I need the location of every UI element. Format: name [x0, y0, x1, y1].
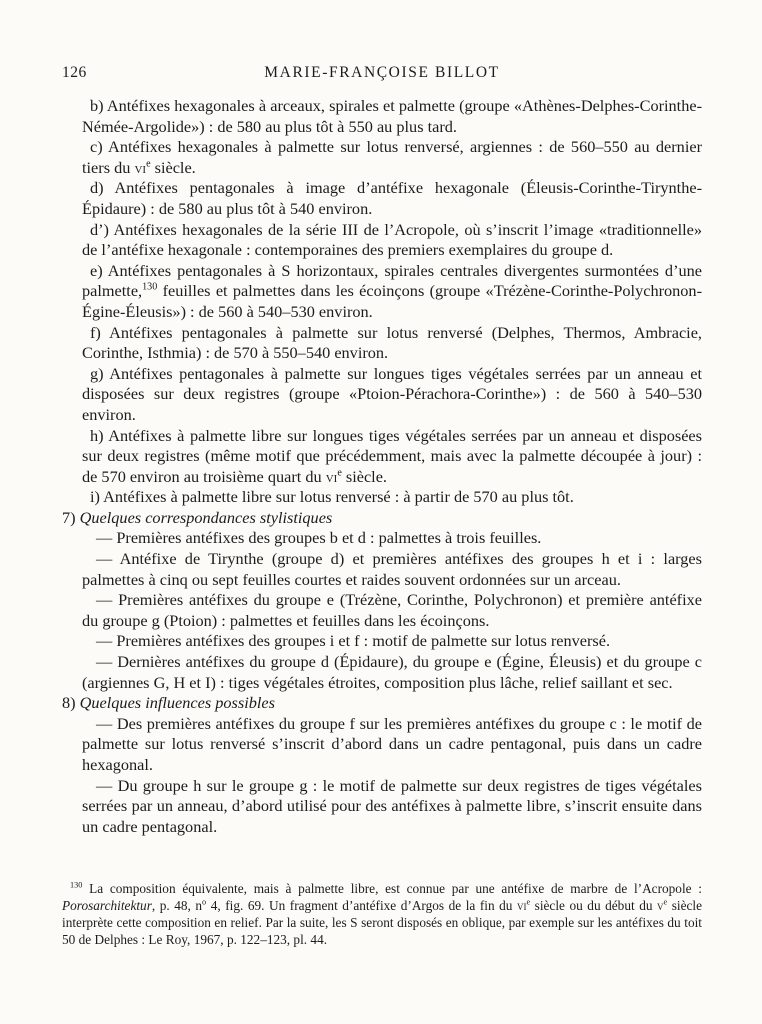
- text-segment: g) Antéfixes pentagonales à palmette sur…: [82, 364, 702, 424]
- text-segment: h) Antéfixes à palmette libre sur longue…: [82, 426, 702, 486]
- text-segment-i: Porosarchitektur: [62, 898, 152, 913]
- text-segment-sup: 130: [142, 282, 157, 293]
- text-segment: La composition équivalente, mais à palme…: [82, 881, 702, 896]
- paragraph-dash-1: — Premières antéfixes des groupes b et d…: [82, 528, 702, 549]
- text-segment: i) Antéfixes à palmette libre sur lotus …: [90, 487, 574, 506]
- text-segment: d’) Antéfixes hexagonales de la série II…: [82, 220, 702, 260]
- paragraph-item-h: h) Antéfixes à palmette libre sur longue…: [82, 426, 702, 488]
- paragraph-item-d: d) Antéfixes pentagonales à image d’anté…: [82, 178, 702, 219]
- text-segment: 8): [62, 693, 80, 712]
- text-segment: d) Antéfixes pentagonales à image d’anté…: [82, 178, 702, 218]
- paragraph-dash-5: — Dernières antéfixes du groupe d (Épida…: [82, 652, 702, 693]
- text-segment: feuilles et palmettes dans les écoinçons…: [82, 281, 702, 321]
- paragraph-heading-8: 8) Quelques influences possibles: [62, 693, 702, 714]
- paragraph-dash-4: — Premières antéfixes des groupes i et f…: [82, 631, 702, 652]
- text-segment: — Premières antéfixes des groupes b et d…: [96, 528, 541, 547]
- text-segment: siècle.: [342, 467, 387, 486]
- footnote: 130 La composition équivalente, mais à p…: [62, 880, 702, 948]
- paragraph-item-i: i) Antéfixes à palmette libre sur lotus …: [82, 487, 702, 508]
- text-segment-sc: vi: [326, 467, 338, 486]
- document-page: 126 MARIE-FRANÇOISE BILLOT b) Antéfixes …: [0, 0, 762, 1024]
- text-segment: b) Antéfixes hexagonales à arceaux, spir…: [82, 96, 702, 136]
- paragraph-item-d-prime: d’) Antéfixes hexagonales de la série II…: [82, 220, 702, 261]
- text-segment-sc: vi: [134, 158, 146, 177]
- text-segment: — Dernières antéfixes du groupe d (Épida…: [82, 652, 702, 692]
- running-header: 126 MARIE-FRANÇOISE BILLOT: [62, 64, 702, 84]
- text-segment-i: Quelques correspondances stylistiques: [80, 508, 333, 527]
- text-segment: f) Antéfixes pentagonales à palmette sur…: [82, 323, 702, 363]
- text-segment-i: Quelques influences possibles: [80, 693, 275, 712]
- paragraph-dash-2: — Antéfixe de Tirynthe (groupe d) et pre…: [82, 549, 702, 590]
- text-segment: , p. 48, n: [152, 898, 202, 913]
- body-text: b) Antéfixes hexagonales à arceaux, spir…: [82, 96, 702, 837]
- text-segment: — Antéfixe de Tirynthe (groupe d) et pre…: [82, 549, 702, 589]
- paragraph-item-b: b) Antéfixes hexagonales à arceaux, spir…: [82, 96, 702, 137]
- text-segment: — Premières antéfixes du groupe e (Trézè…: [82, 590, 702, 630]
- paragraph-dash-6: — Des premières antéfixes du groupe f su…: [82, 714, 702, 776]
- text-segment: 4, fig. 69. Un fragment d’antéfixe d’Arg…: [206, 898, 517, 913]
- text-segment: 7): [62, 508, 80, 527]
- paragraph-item-f: f) Antéfixes pentagonales à palmette sur…: [82, 323, 702, 364]
- paragraph-heading-7: 7) Quelques correspondances stylistiques: [62, 508, 702, 529]
- paragraph-item-c: c) Antéfixes hexagonales à palmette sur …: [82, 137, 702, 178]
- text-segment-sup: 130: [70, 881, 82, 890]
- text-segment: siècle ou du début du: [530, 898, 657, 913]
- paragraph-dash-7: — Du groupe h sur le groupe g : le motif…: [82, 776, 702, 838]
- text-segment: — Du groupe h sur le groupe g : le motif…: [82, 776, 702, 836]
- paragraph-item-g: g) Antéfixes pentagonales à palmette sur…: [82, 364, 702, 426]
- text-segment: siècle.: [151, 158, 196, 177]
- running-head-title: MARIE-FRANÇOISE BILLOT: [62, 64, 702, 82]
- paragraph-dash-3: — Premières antéfixes du groupe e (Trézè…: [82, 590, 702, 631]
- paragraph-item-e: e) Antéfixes pentagonales à S horizontau…: [82, 261, 702, 323]
- text-segment: — Des premières antéfixes du groupe f su…: [82, 714, 702, 774]
- footnote-130: 130 La composition équivalente, mais à p…: [62, 880, 702, 948]
- page-number: 126: [62, 64, 87, 82]
- text-segment: — Premières antéfixes des groupes i et f…: [96, 631, 610, 650]
